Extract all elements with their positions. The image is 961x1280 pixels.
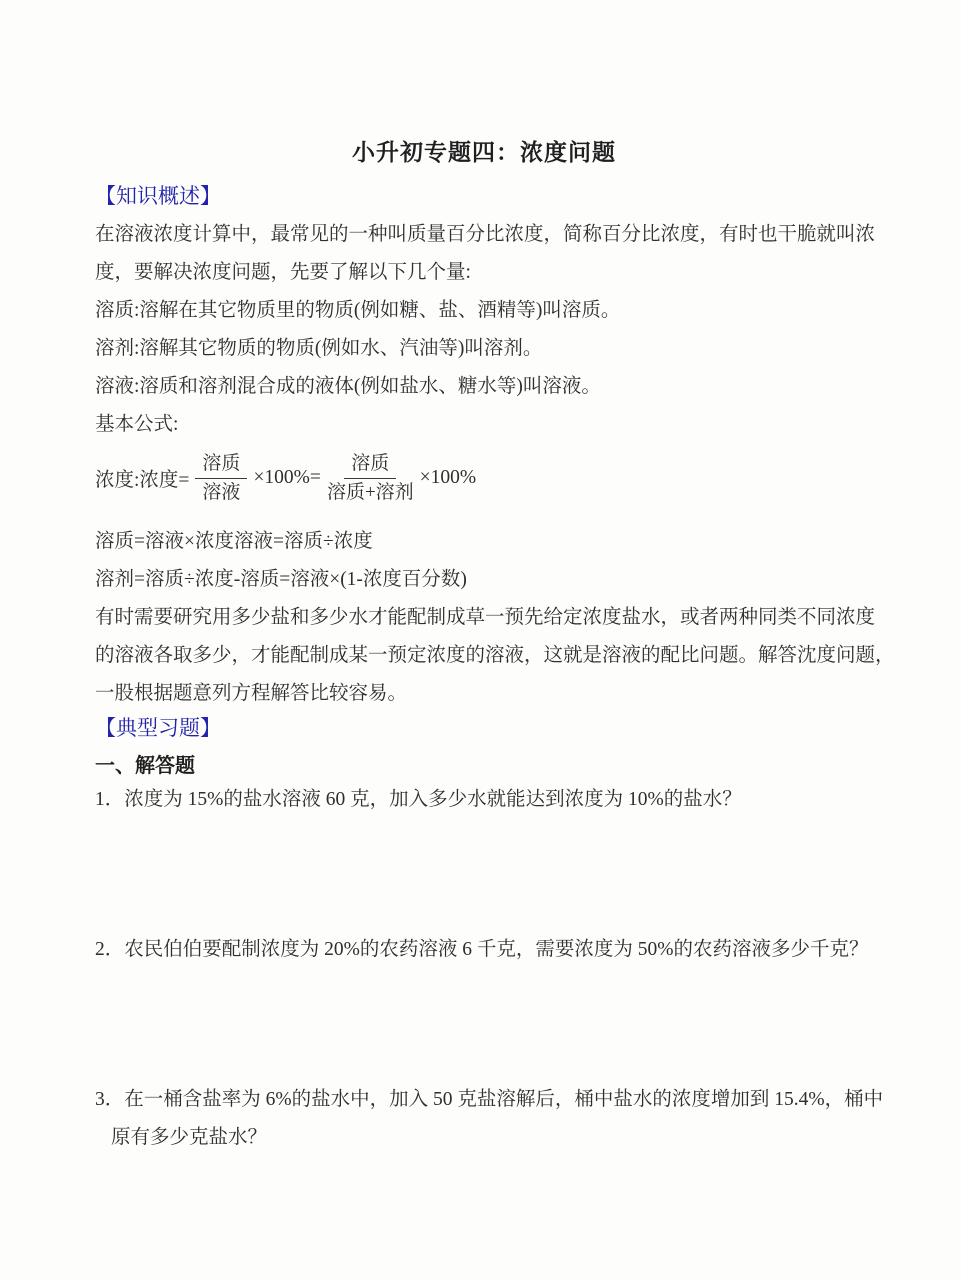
page-content: 小升初专题四：浓度问题 【知识概述】 在溶液浓度计算中，最常见的一种叫质量百分比… [0,0,961,1157]
page-title: 小升初专题四：浓度问题 [95,138,873,168]
closing-paragraph-line: 一股根据题意列方程解答比较容易。 [95,675,873,713]
definitions-block: 溶质:溶解在其它物质里的物质(例如糖、盐、酒精等)叫溶质。 溶剂:溶解其它物质的… [95,292,873,406]
intro-line: 在溶液浓度计算中，最常见的一种叫质量百分比浓度，简称百分比浓度，有时也干脆就叫浓 [95,216,873,254]
fraction-numerator: 溶质 [195,451,247,479]
formula-times-100: ×100% [420,467,477,489]
formula-times-100-equals: ×100%= [253,467,321,489]
subsection-title: 一、解答题 [95,751,873,781]
formula-line-solute: 溶质=溶液×浓度溶液=溶质÷浓度 [95,523,873,561]
closing-paragraph: 有时需要研究用多少盐和多少水才能配制成草一预先给定浓度盐水，或者两种同类不同浓度… [95,599,873,713]
derived-formulas-block: 溶质=溶液×浓度溶液=溶质÷浓度 溶剂=溶质÷浓度-溶质=溶液×(1-浓度百分数… [95,523,873,599]
intro-line: 度，要解决浓度问题，先要了解以下几个量: [95,254,873,292]
intro-paragraph: 在溶液浓度计算中，最常见的一种叫质量百分比浓度，简称百分比浓度，有时也干脆就叫浓… [95,216,873,292]
fraction-denominator: 溶液 [202,479,240,506]
document-page: 小升初专题四：浓度问题 【知识概述】 在溶液浓度计算中，最常见的一种叫质量百分比… [0,0,961,1280]
question-line: 2．农民伯伯要配制浓度为 20%的农药溶液 6 千克，需要浓度为 50%的农药溶… [95,931,873,969]
question-1: 1．浓度为 15%的盐水溶液 60 克，加入多少水就能达到浓度为 10%的盐水？ [95,781,873,819]
question-3: 3．在一桶含盐率为 6%的盐水中，加入 50 克盐溶解后，桶中盐水的浓度增加到 … [95,1081,873,1157]
question-line: 3．在一桶含盐率为 6%的盐水中，加入 50 克盐溶解后，桶中盐水的浓度增加到 … [95,1081,873,1119]
definition-line-solute: 溶质:溶解在其它物质里的物质(例如糖、盐、酒精等)叫溶质。 [95,292,873,330]
formula-line-solvent: 溶剂=溶质÷浓度-溶质=溶液×(1-浓度百分数) [95,561,873,599]
fraction-solute-over-solute-plus-solvent: 溶质 溶质+溶剂 [327,451,414,505]
basic-formula-label: 基本公式: [95,406,873,444]
definition-line-solution: 溶液:溶质和溶剂混合成的液体(例如盐水、糖水等)叫溶液。 [95,368,873,406]
definition-line-solvent: 溶剂:溶解其它物质的物质(例如水、汽油等)叫溶剂。 [95,330,873,368]
section-header-exercises: 【典型习题】 [95,713,873,743]
question-line-continuation: 原有多少克盐水？ [95,1119,873,1157]
fraction-denominator: 溶质+溶剂 [327,479,414,506]
fraction-numerator: 溶质 [344,451,396,479]
closing-paragraph-line: 有时需要研究用多少盐和多少水才能配制成草一预先给定浓度盐水，或者两种同类不同浓度 [95,599,873,637]
question-line: 1．浓度为 15%的盐水溶液 60 克，加入多少水就能达到浓度为 10%的盐水？ [95,781,873,819]
section-header-knowledge: 【知识概述】 [95,181,873,211]
closing-paragraph-line: 的溶液各取多少，才能配制成某一预定浓度的溶液，这就是溶液的配比问题。解答沈度问题… [95,637,873,675]
concentration-formula: 浓度:浓度= 溶质 溶液 ×100%= 溶质 溶质+溶剂 ×100% [95,450,873,506]
fraction-solute-over-solution: 溶质 溶液 [195,451,247,505]
question-2: 2．农民伯伯要配制浓度为 20%的农药溶液 6 千克，需要浓度为 50%的农药溶… [95,931,873,969]
formula-prefix: 浓度:浓度= [95,464,189,492]
